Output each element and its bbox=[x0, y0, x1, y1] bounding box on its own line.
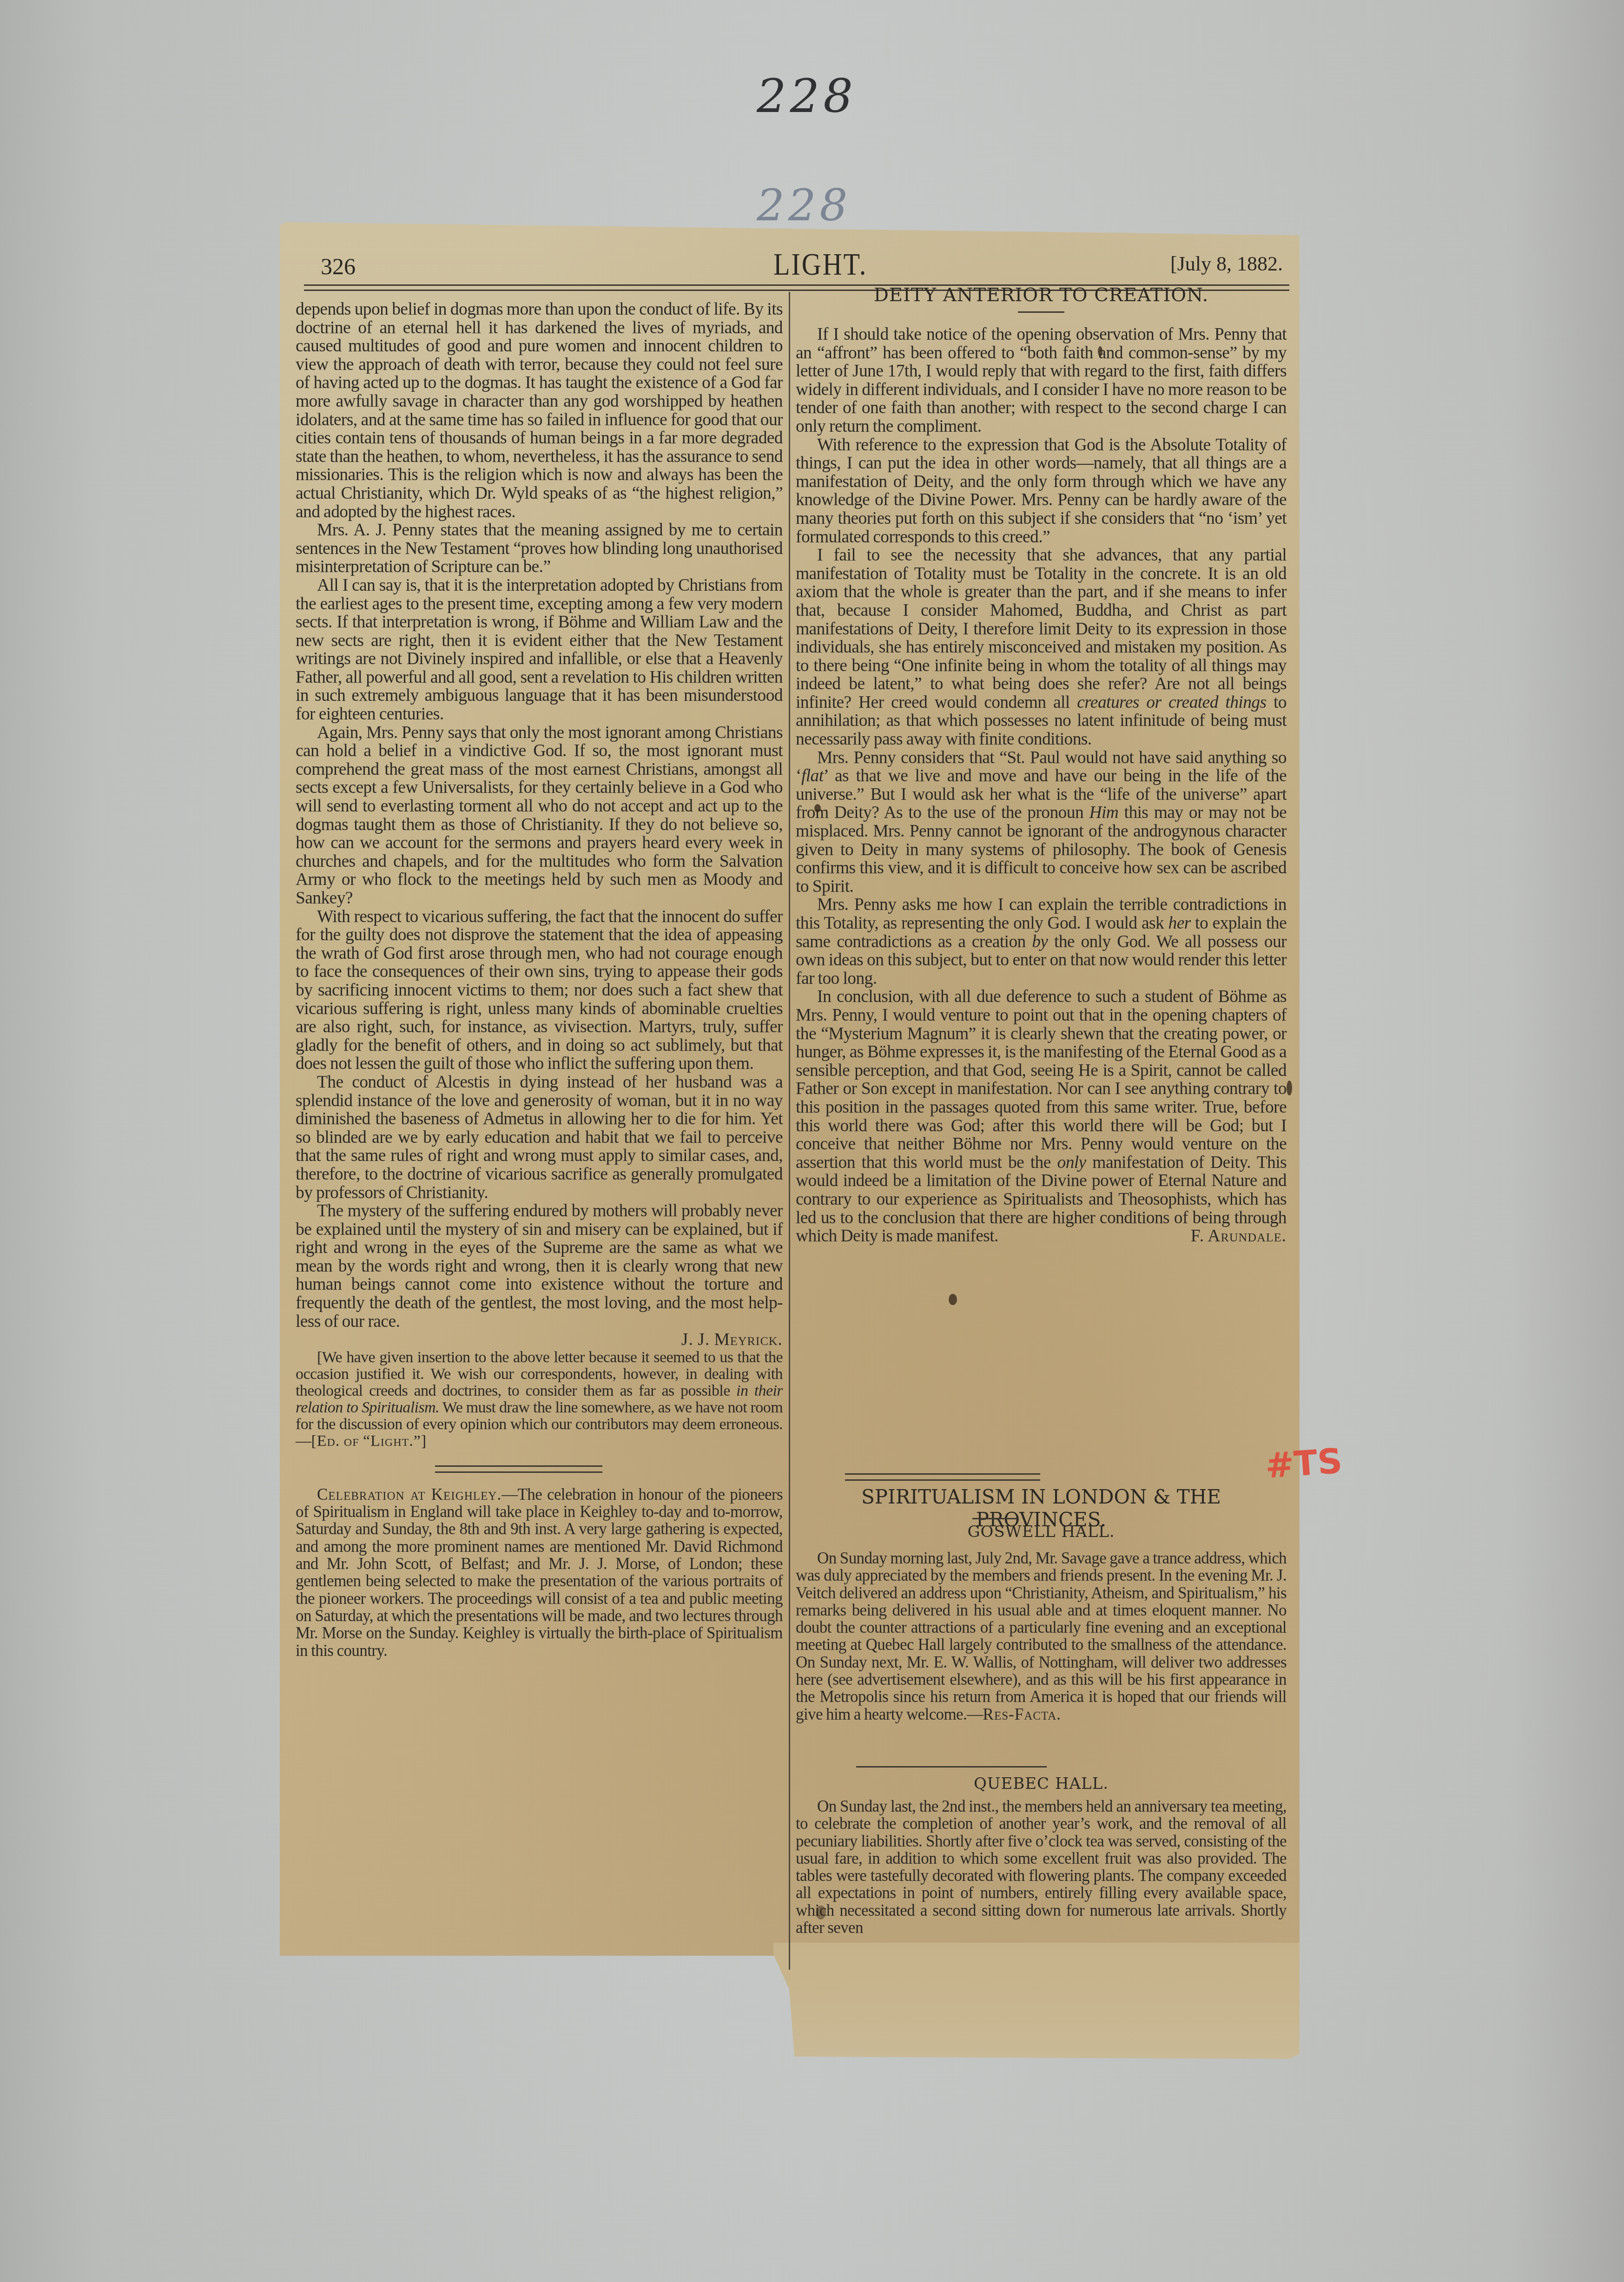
paragraph: All I can say is, that it is the interpr… bbox=[296, 576, 783, 724]
paragraph: Mrs. Penny asks me how I can explain the… bbox=[796, 896, 1287, 988]
text: I fail to see the necessity that she adv… bbox=[796, 546, 1287, 712]
newspaper-title: LIGHT. bbox=[773, 245, 867, 282]
paragraph: Mrs. A. J. Penny states that the meaning… bbox=[296, 521, 783, 576]
ink-stain bbox=[949, 1294, 957, 1305]
heading-rule bbox=[972, 1518, 1017, 1519]
italic-text: only bbox=[1057, 1153, 1086, 1172]
italic-text: creatures or created things bbox=[1077, 693, 1266, 712]
issue-date: [July 8, 1882. bbox=[1170, 252, 1283, 276]
paragraph: With respect to vicarious suffering, the… bbox=[296, 908, 783, 1073]
right-column: If I should take notice of the opening o… bbox=[796, 325, 1287, 1246]
paragraph: Again, Mrs. Penny says that only the mos… bbox=[296, 724, 783, 908]
subheading-goswell-hall: GOSWELL HALL. bbox=[796, 1523, 1287, 1541]
paragraph: On Sunday morning last, July 2nd, Mr. Sa… bbox=[796, 1550, 1287, 1723]
signature-res-facta: Res-Facta. bbox=[983, 1705, 1061, 1723]
paragraph: The mystery of the suffering endured by … bbox=[296, 1202, 783, 1331]
paragraph: I fail to see the necessity that she adv… bbox=[796, 546, 1287, 749]
newspaper-clipping-tail bbox=[773, 1943, 1300, 2059]
paragraph: The conduct of Alcestis in dying instead… bbox=[296, 1073, 783, 1202]
masthead: 326 LIGHT. [July 8, 1882. bbox=[307, 242, 1287, 284]
text: In conclusion, with all due deference to… bbox=[796, 987, 1287, 1172]
italic-text: Him bbox=[1089, 803, 1118, 822]
left-column: depends upon belief in dogmas more than … bbox=[296, 300, 783, 1659]
paragraph: With reference to the expression that Go… bbox=[796, 436, 1287, 547]
quebec-hall-report: On Sunday last, the 2nd inst., the membe… bbox=[796, 1798, 1287, 1936]
article-heading-deity: DEITY ANTERIOR TO CREATION. bbox=[796, 284, 1287, 306]
column-divider bbox=[789, 292, 790, 1970]
paragraph: In conclusion, with all due deference to… bbox=[796, 988, 1287, 1245]
ink-stain bbox=[1098, 346, 1102, 356]
signature-meyrick: J. J. Meyrick. bbox=[296, 1331, 783, 1349]
editor-note: [We have given insertion to the above le… bbox=[296, 1349, 783, 1450]
ink-stain bbox=[814, 804, 821, 812]
text: On Sunday morning last, July 2nd, Mr. Sa… bbox=[796, 1549, 1287, 1723]
subheading-quebec-hall: QUEBEC HALL. bbox=[796, 1774, 1287, 1793]
keighley-heading: Celebration at Keighley. bbox=[317, 1485, 502, 1504]
editor-attribution: [Ed. of “Light.”] bbox=[311, 1432, 427, 1450]
paragraph: On Sunday last, the 2nd inst., the membe… bbox=[796, 1798, 1287, 1936]
archive-folio-pencil: 228 bbox=[757, 180, 851, 231]
ink-stain bbox=[816, 1906, 826, 1919]
italic-text: her bbox=[1168, 914, 1190, 933]
section-rule bbox=[435, 1465, 602, 1473]
section-rule bbox=[845, 1473, 1040, 1481]
paragraph: depends upon belief in dogmas more than … bbox=[296, 300, 783, 521]
keighley-text: —The celebration in honour of the pionee… bbox=[296, 1485, 783, 1660]
italic-text: by bbox=[1032, 932, 1048, 951]
editor-note-text: [We have given insertion to the above le… bbox=[296, 1349, 783, 1399]
archive-folio-ink: 228 bbox=[757, 69, 857, 123]
ink-stain bbox=[1287, 1081, 1292, 1095]
red-crayon-annotation: #TS bbox=[1264, 1441, 1343, 1486]
paragraph: Mrs. Penny considers that “St. Paul woul… bbox=[796, 749, 1287, 896]
goswell-hall-report: On Sunday morning last, July 2nd, Mr. Sa… bbox=[796, 1550, 1287, 1723]
paragraph: If I should take notice of the opening o… bbox=[796, 325, 1287, 436]
section-rule bbox=[856, 1766, 1047, 1768]
heading-rule bbox=[1018, 311, 1064, 313]
page-number: 326 bbox=[321, 253, 356, 280]
italic-text: flat bbox=[801, 766, 824, 785]
signature-arundale: F. Arundale. bbox=[1169, 1227, 1287, 1246]
keighley-item: Celebration at Keighley.—The celebration… bbox=[296, 1486, 783, 1659]
